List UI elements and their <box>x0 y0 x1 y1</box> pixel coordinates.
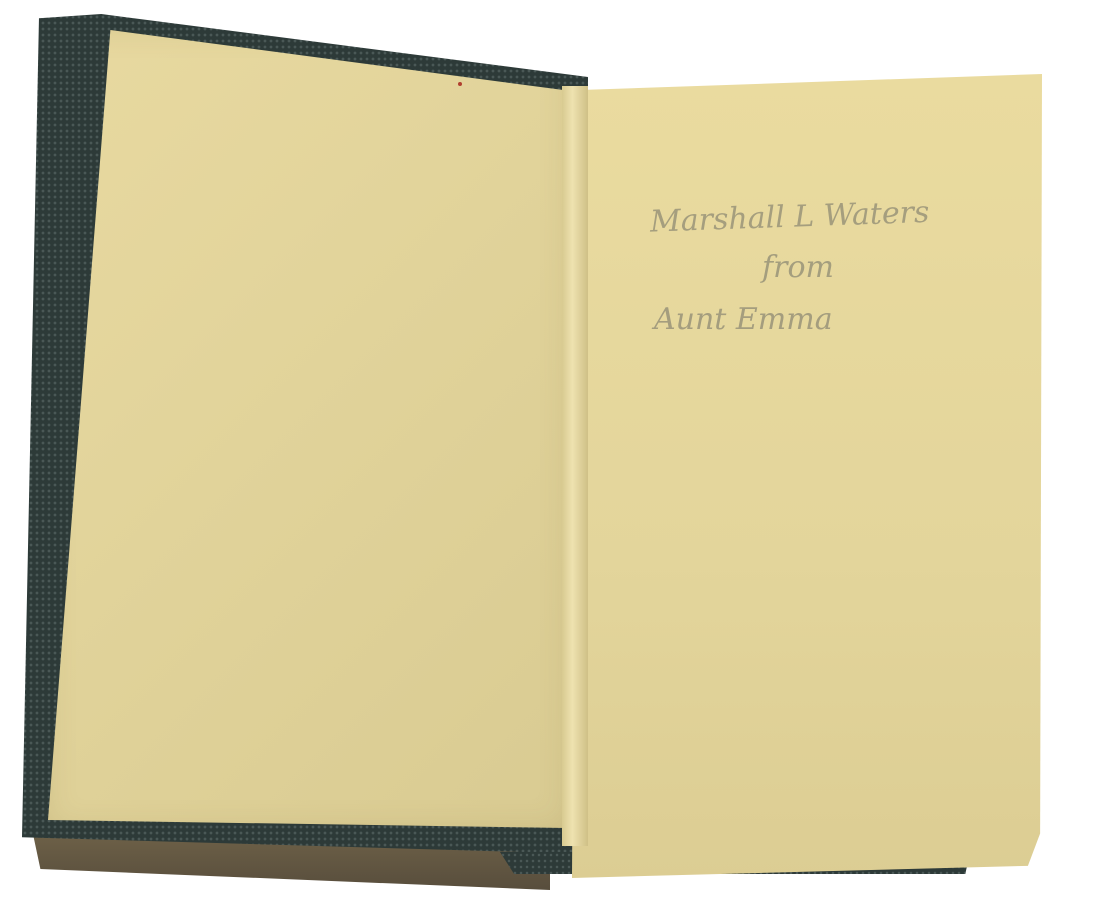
inscription-line-1: Marshall L Waters <box>649 183 1031 248</box>
book-gutter <box>562 86 588 846</box>
book-photo: Marshall L Waters from Aunt Emma <box>0 0 1100 911</box>
handwritten-inscription: Marshall L Waters from Aunt Emma <box>650 190 1030 346</box>
inscription-line-2: from <box>762 242 1030 294</box>
inscription-line-3: Aunt Emma <box>654 294 1030 346</box>
ink-speck <box>458 82 462 86</box>
front-pastedown-page <box>48 30 568 828</box>
